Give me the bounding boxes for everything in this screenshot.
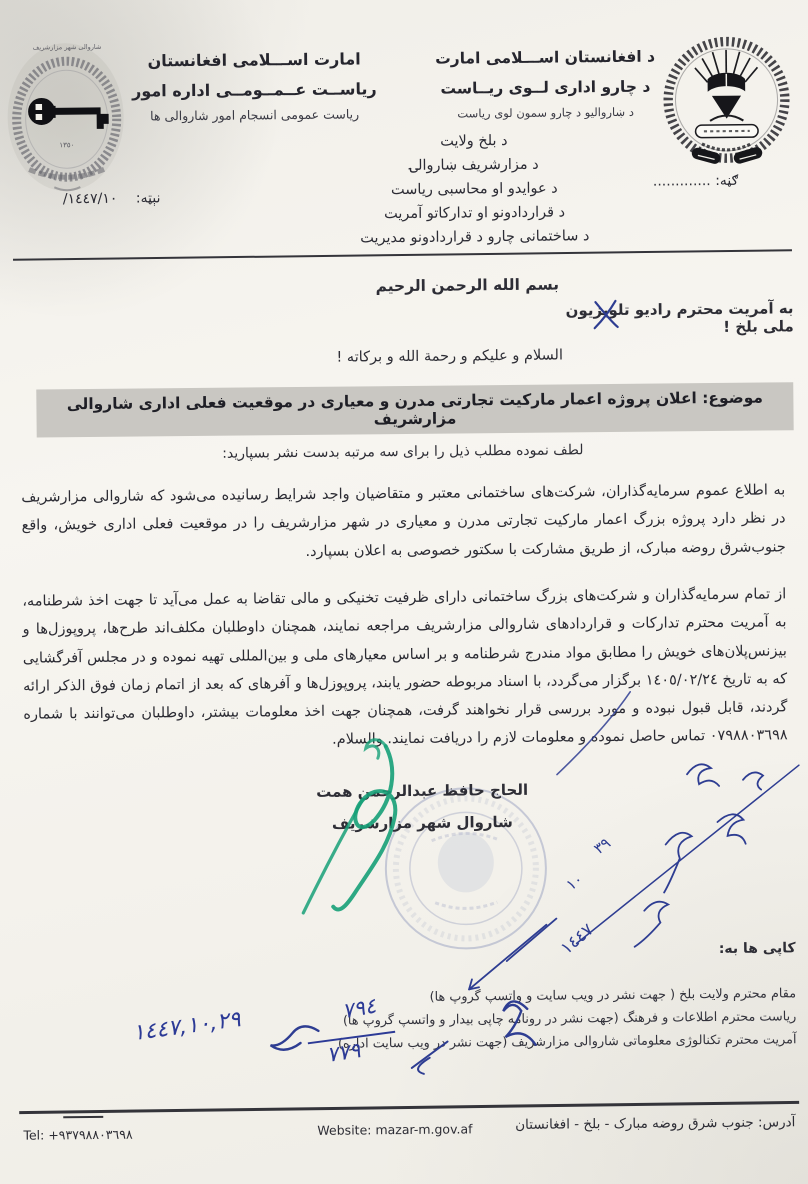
header-center-block: د بلخ ولایت د مزارشریف ښاروالۍ د عوایدو …: [324, 128, 625, 251]
footer-tel: Tel: +٩٣٧٩٨٨٠٣٦٩٨: [23, 1127, 132, 1143]
ref-number-lower: ٧٧٩: [325, 1038, 362, 1067]
number-label: ګڼه:: [715, 173, 738, 189]
header-line: د قراردادونو او تدارکاتو آمریت: [324, 200, 624, 227]
header-line: د عوایدو او محاسبی ریاست: [324, 176, 624, 203]
header-divider: [13, 249, 792, 261]
header-line: د بلخ ولایت: [324, 128, 624, 155]
note-number: ١٠: [563, 870, 587, 894]
pen-flourish: [266, 1015, 326, 1060]
header-right-block: د افغانستان اســـلامی امارت د چارو اداری…: [425, 41, 666, 123]
salutation-line: السلام و علیکم و رحمة الله و برکاته !: [283, 347, 563, 366]
header-line: د چارو اداری لــوی ریــاست: [425, 71, 665, 103]
header-line: ریاســت عــمــومــی اداره امور: [123, 74, 385, 107]
number-dots: .............: [653, 173, 711, 190]
national-emblem-icon: [653, 24, 800, 175]
x-mark-icon: [589, 296, 623, 332]
addressee-line: به آمریت محترم رادیو تلویزیون ملی بلخ !: [533, 299, 793, 337]
instruction-line: لطف نموده مطلب ذیل را برای سه مرتبه بدست…: [103, 441, 703, 463]
pen-scribbles: [398, 916, 570, 1078]
handwritten-note: ٣٩ ١٠ ١٤٤٧: [547, 751, 808, 954]
municipality-emblem-caption: شاروالی شهر مزارشریف: [33, 43, 102, 52]
signature-scribble-icon: [262, 725, 474, 937]
number-field: ګڼه: .............: [653, 173, 739, 190]
header-line: امارت اســـلامی افغانستان: [123, 44, 385, 77]
letter-sheet: شاروالی شهر مزارشریف ١٣٥٠: [0, 0, 808, 1184]
header-line: د افغانستان اســـلامی امارت: [425, 41, 665, 73]
footer-divider: [19, 1101, 799, 1114]
paragraph-1: به اطلاع عموم سرمایه‌گذاران، شرکت‌های سا…: [21, 476, 786, 568]
note-number: ٣٩: [590, 834, 614, 858]
copies-label: کاپی ها به:: [636, 940, 796, 958]
municipality-key-emblem-icon: شاروالی شهر مزارشریف ١٣٥٠: [3, 29, 135, 198]
book-and-minbar-icon: [708, 73, 746, 121]
municipality-emblem-year: ١٣٥٠: [59, 141, 74, 149]
subject-line: موضوع: اعلان پروژه اعمار مارکیت تجارتی م…: [36, 382, 793, 437]
header-left-block: امارت اســـلامی افغانستان ریاســت عــمــ…: [123, 44, 386, 127]
header-line: د ساختمانی چارو د قراردادونو مدیریت: [325, 224, 625, 251]
date-label: نېټه:: [136, 190, 161, 206]
header-line: ریاست عمومی انسجام امور شاروالی ها: [124, 104, 386, 127]
header-line: د مزارشریف ښاروالۍ: [324, 152, 624, 179]
date-value: ١٤٤٧/١٠/: [63, 191, 118, 208]
header-line: د ښاروالیو د چارو سمون لوی ریاست: [426, 101, 666, 123]
ribbons-icon: [690, 146, 763, 166]
basmala: بسم الله الرحمن الرحیم: [317, 275, 617, 296]
footer-divider-short: [63, 1116, 103, 1118]
footer-address: آدرس: جنوب شرق روضه مبارک - بلخ - افغانس…: [475, 1114, 795, 1133]
date-field: نېټه: ١٤٤٧/١٠/: [10, 190, 160, 207]
footer-website: Website: mazar-m.gov.af: [317, 1121, 472, 1137]
scanned-letter-page: شاروالی شهر مزارشریف ١٣٥٠: [0, 0, 808, 1184]
